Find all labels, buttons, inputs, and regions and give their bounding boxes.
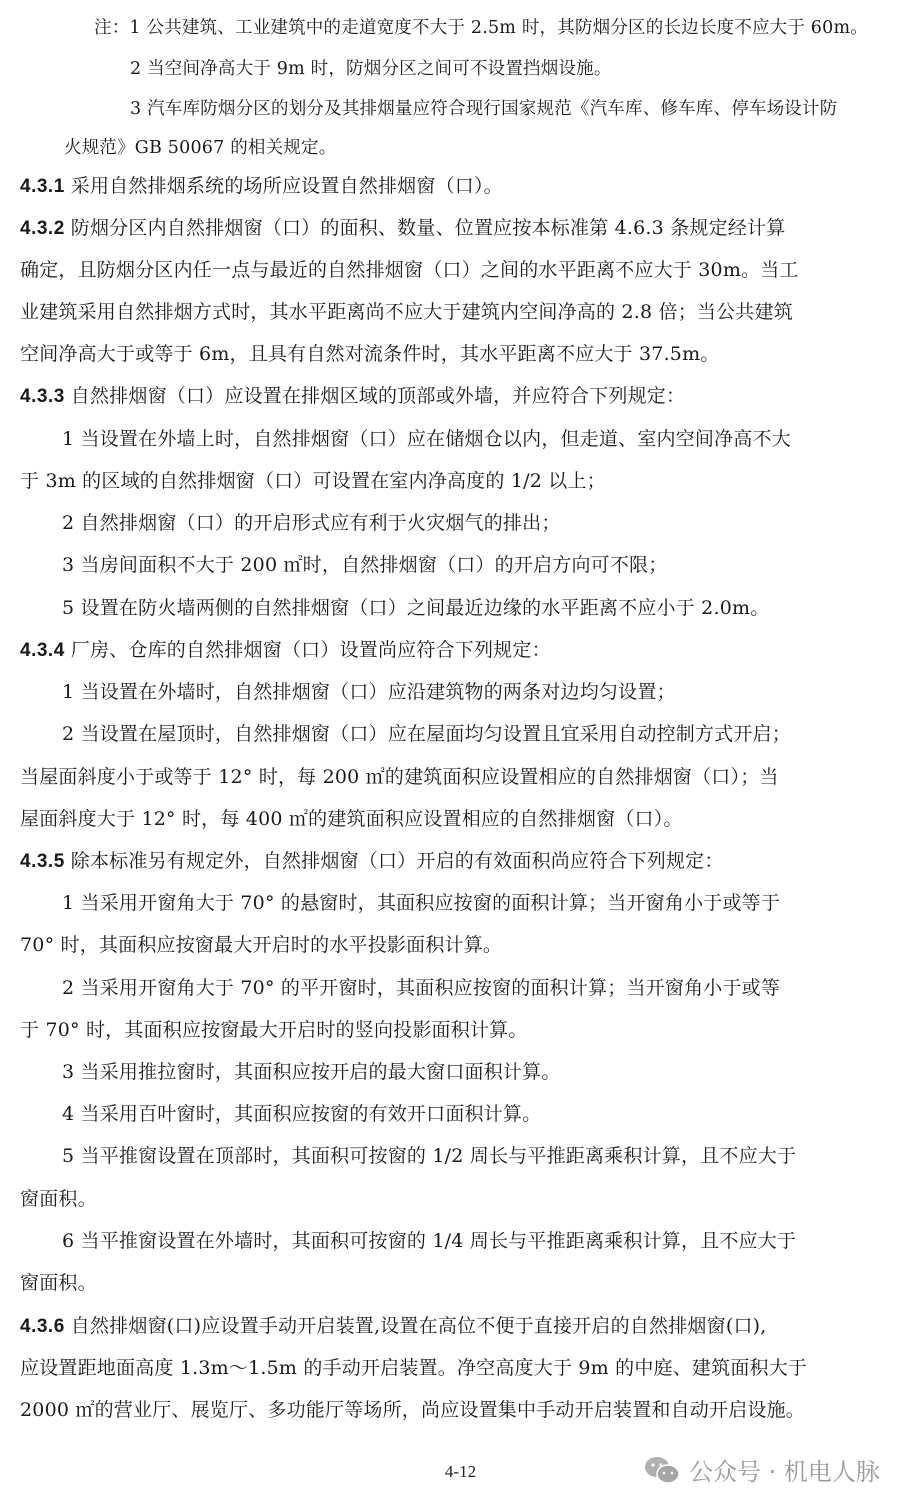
item-text: 3 当房间面积不大于 200 ㎡时，自然排烟窗（口）的开启方向可不限； — [62, 553, 667, 577]
watermark-text: 公众号 · 机电人脉 — [689, 1452, 880, 1487]
item-text-cont: 窗面积。 — [20, 1271, 97, 1295]
clause-text-line: 确定，且防烟分区内任一点与最近的自然排烟窗（口）之间的水平距离不应大于 30m。… — [20, 258, 799, 282]
wechat-icon — [643, 1455, 681, 1485]
item-text: 4 当采用百叶窗时，其面积应按窗的有效开口面积计算。 — [62, 1102, 541, 1126]
clause-text: 防烟分区内自然排烟窗（口）的面积、数量、位置应按本标准第 4.6.3 条规定经计… — [71, 217, 786, 239]
clause-text: 厂房、仓库的自然排烟窗（口）设置尚应符合下列规定： — [71, 639, 551, 661]
clause-4-3-5: 4.3.5除本标准另有规定外，自然排烟窗（口）开启的有效面积尚应符合下列规定： — [20, 849, 724, 874]
clause-text: 采用自然排烟系统的场所应设置自然排烟窗（口）。 — [71, 175, 503, 197]
clause-text-line: 2000 ㎡的营业厅、展览厅、多功能厅等场所，尚应设置集中手动开启装置和自动开启… — [20, 1398, 805, 1422]
clause-4-3-3: 4.3.3自然排烟窗（口）应设置在排烟区域的顶部或外墙，并应符合下列规定： — [20, 384, 685, 409]
item-text-cont: 70° 时，其面积应按窗最大开启时的水平投影面积计算。 — [20, 933, 502, 957]
clause-text-line: 业建筑采用自然排烟方式时，其水平距离尚不应大于建筑内空间净高的 2.8 倍；当公… — [20, 300, 793, 324]
clause-number: 4.3.4 — [20, 640, 65, 661]
item-text-cont: 当屋面斜度小于或等于 12° 时，每 200 ㎡的建筑面积应设置相应的自然排烟窗… — [20, 765, 779, 789]
clause-4-3-1: 4.3.1采用自然排烟系统的场所应设置自然排烟窗（口）。 — [20, 174, 503, 199]
item-text: 1 当设置在外墙时，自然排烟窗（口）应沿建筑物的两条对边均匀设置； — [62, 680, 676, 704]
clause-text: 除本标准另有规定外，自然排烟窗（口）开启的有效面积尚应符合下列规定： — [71, 850, 724, 872]
clause-4-3-2: 4.3.2防烟分区内自然排烟窗（口）的面积、数量、位置应按本标准第 4.6.3 … — [20, 216, 785, 241]
note-1: 注：1 公共建筑、工业建筑中的走道宽度不大于 2.5m 时，其防烟分区的长边长度… — [94, 16, 868, 40]
item-text: 2 当设置在屋顶时，自然排烟窗（口）应在屋面均匀设置且宜采用自动控制方式开启； — [62, 722, 791, 746]
item-text-cont: 屋面斜度大于 12° 时，每 400 ㎡的建筑面积应设置相应的自然排烟窗（口）。 — [20, 807, 683, 831]
clause-number: 4.3.5 — [20, 851, 65, 872]
item-text: 5 当平推窗设置在顶部时，其面积可按窗的 1/2 周长与平推距离乘积计算，且不应… — [62, 1144, 796, 1168]
item-text-cont: 窗面积。 — [20, 1187, 97, 1211]
note-2: 2 当空间净高大于 9m 时，防烟分区之间可不设置挡烟设施。 — [130, 57, 612, 81]
clause-text: 自然排烟窗（口）应设置在排烟区域的顶部或外墙，并应符合下列规定： — [71, 385, 685, 407]
note-3-cont: 火规范》GB 50067 的相关规定。 — [64, 136, 336, 160]
clause-4-3-6: 4.3.6自然排烟窗(口)应设置手动开启装置,设置在高位不便于直接开启的自然排烟… — [20, 1314, 767, 1339]
note-3: 3 汽车库防烟分区的划分及其排烟量应符合现行国家规范《汽车库、修车库、停车场设计… — [130, 97, 837, 121]
watermark: 公众号 · 机电人脉 — [643, 1452, 880, 1487]
clause-number: 4.3.1 — [20, 176, 65, 197]
item-text-cont: 于 70° 时，其面积应按窗最大开启时的竖向投影面积计算。 — [20, 1018, 528, 1042]
item-text: 1 当采用开窗角大于 70° 的悬窗时，其面积应按窗的面积计算；当开窗角小于或等… — [62, 891, 780, 915]
clause-number: 4.3.6 — [20, 1316, 65, 1337]
item-text: 6 当平推窗设置在外墙时，其面积可按窗的 1/4 周长与平推距离乘积计算，且不应… — [62, 1229, 796, 1253]
item-text: 3 当采用推拉窗时，其面积应按开启的最大窗口面积计算。 — [62, 1060, 561, 1084]
item-text: 2 当采用开窗角大于 70° 的平开窗时，其面积应按窗的面积计算；当开窗角小于或… — [62, 976, 780, 1000]
clause-4-3-4: 4.3.4厂房、仓库的自然排烟窗（口）设置尚应符合下列规定： — [20, 638, 551, 663]
clause-number: 4.3.3 — [20, 386, 65, 407]
clause-text-line: 应设置距地面高度 1.3m～1.5m 的手动开启装置。净空高度大于 9m 的中庭… — [20, 1356, 807, 1380]
clause-number: 4.3.2 — [20, 218, 65, 239]
clause-text: 自然排烟窗(口)应设置手动开启装置,设置在高位不便于直接开启的自然排烟窗(口), — [71, 1315, 767, 1337]
item-text: 2 自然排烟窗（口）的开启形式应有利于火灾烟气的排出； — [62, 511, 561, 535]
item-text-cont: 于 3m 的区域的自然排烟窗（口）可设置在室内净高度的 1/2 以上； — [20, 469, 606, 493]
clause-text-line: 空间净高大于或等于 6m，且具有自然对流条件时，其水平距离不应大于 37.5m。 — [20, 342, 720, 366]
item-text: 1 当设置在外墙上时，自然排烟窗（口）应在储烟仓以内，但走道、室内空间净高不大 — [62, 427, 791, 451]
item-text: 5 设置在防火墙两侧的自然排烟窗（口）之间最近边缘的水平距离不应小于 2.0m。 — [62, 596, 769, 620]
